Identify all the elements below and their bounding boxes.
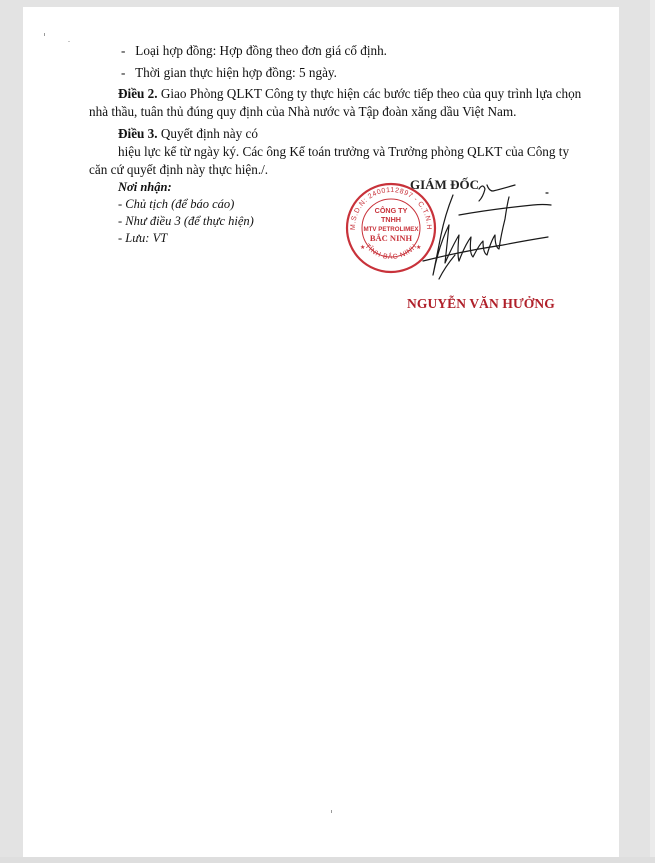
bullet-contract-duration: - Thời gian thực hiện hợp đồng: 5 ngày. bbox=[121, 65, 337, 81]
scan-speck bbox=[331, 810, 332, 813]
article-3-label: Điều 3. bbox=[118, 126, 158, 141]
viewer-bottom-edge bbox=[0, 857, 655, 863]
recipients-heading: Nơi nhận: bbox=[118, 179, 172, 195]
article-3-line-2: hiệu lực kể từ ngày ký. Các ông Kế toán … bbox=[118, 144, 569, 160]
article-2-line-2: nhà thầu, tuân thủ đúng quy định của Nhà… bbox=[89, 104, 516, 120]
bullet-text: Thời gian thực hiện hợp đồng: 5 ngày. bbox=[135, 65, 337, 80]
article-3-line-3: căn cứ quyết định này thực hiện./. bbox=[89, 162, 268, 178]
document-page: - Loại hợp đồng: Hợp đồng theo đơn giá c… bbox=[23, 7, 619, 857]
recipient-item: - Lưu: VT bbox=[118, 230, 167, 246]
article-3-line-1: Điều 3. Quyết định này có bbox=[118, 126, 258, 142]
bullet-text: Loại hợp đồng: Hợp đồng theo đơn giá cố … bbox=[135, 43, 387, 58]
handwritten-signature bbox=[383, 175, 553, 295]
bullet-marker: - bbox=[121, 65, 125, 80]
bullet-contract-type: - Loại hợp đồng: Hợp đồng theo đơn giá c… bbox=[121, 43, 387, 59]
article-2-line-1: Điều 2. Giao Phòng QLKT Công ty thực hiệ… bbox=[118, 86, 581, 102]
scan-speck bbox=[44, 33, 45, 36]
recipient-item: - Chủ tịch (để báo cáo) bbox=[118, 196, 234, 212]
stamp-star-icon: ★ bbox=[360, 244, 365, 251]
article-3-text: Quyết định này có bbox=[158, 126, 258, 141]
article-2-label: Điều 2. bbox=[118, 86, 158, 101]
recipient-item: - Như điều 3 (để thực hiện) bbox=[118, 213, 254, 229]
scan-speck bbox=[68, 41, 70, 42]
viewer-edge bbox=[650, 0, 655, 863]
bullet-marker: - bbox=[121, 43, 125, 58]
signer-name: NGUYỄN VĂN HƯỞNG bbox=[407, 296, 555, 312]
article-2-text: Giao Phòng QLKT Công ty thực hiện các bư… bbox=[158, 86, 582, 101]
